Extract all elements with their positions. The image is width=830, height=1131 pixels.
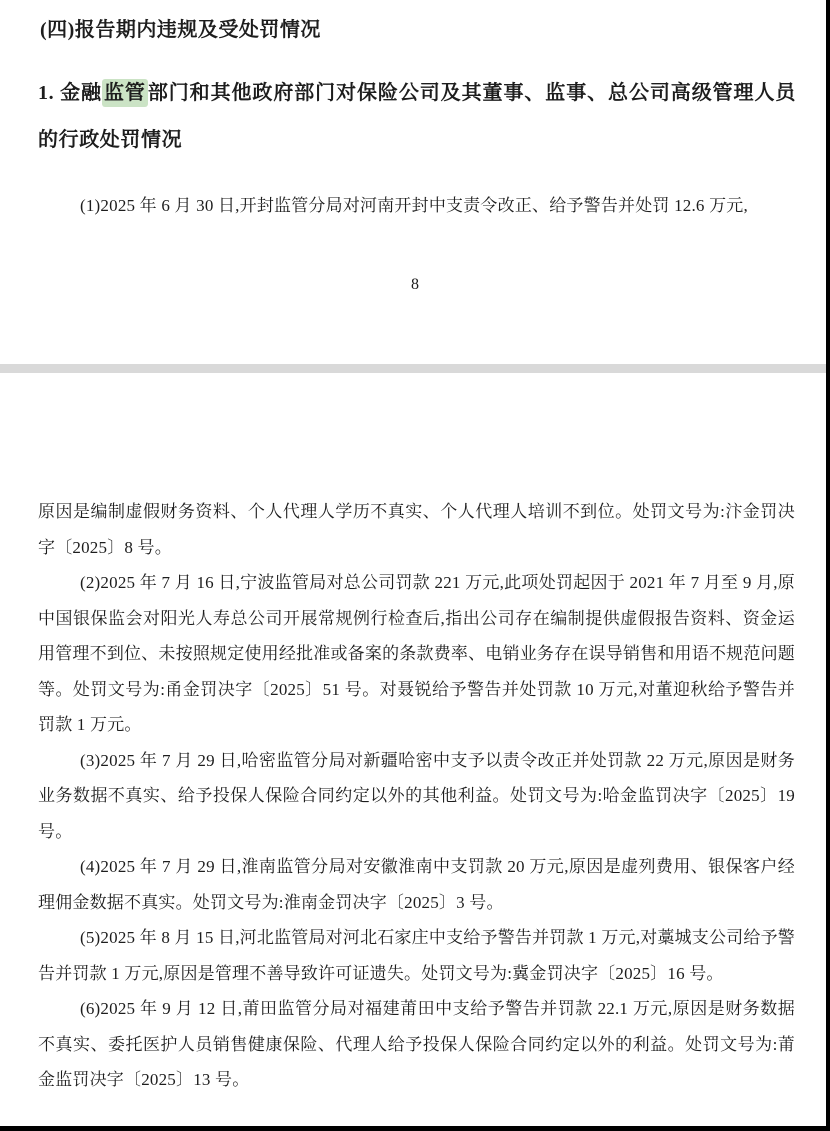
document-page-9: 原因是编制虚假财务资料、个人代理人学历不真实、个人代理人培训不到位。处罚文号为:…: [0, 373, 830, 1127]
window-right-edge: [826, 0, 830, 1131]
body-paragraph: (1)2025 年 6 月 30 日,开封监管分局对河南开封中支责令改正、给予警…: [38, 193, 796, 219]
subsection-heading-pre: 1. 金融: [38, 82, 102, 104]
pdf-viewport: (四)报告期内违规及受处罚情况 1. 金融监管部门和其他政府部门对保险公司及其董…: [0, 0, 830, 1131]
page-divider: [0, 364, 830, 373]
body-paragraph: (3)2025 年 7 月 29 日,哈密监管分局对新疆哈密中支予以责令改正并处…: [38, 743, 795, 850]
window-bottom-edge: [0, 1126, 830, 1131]
document-page-8: (四)报告期内违规及受处罚情况 1. 金融监管部门和其他政府部门对保险公司及其董…: [0, 0, 830, 364]
subsection-heading-post: 部门和其他政府部门对保险公司及其董事、监事、总公司高级管理人员的行政处罚情况: [38, 82, 796, 151]
subsection-heading: 1. 金融监管部门和其他政府部门对保险公司及其董事、监事、总公司高级管理人员的行…: [38, 70, 796, 164]
page-number: 8: [0, 276, 830, 294]
body-paragraph: (2)2025 年 7 月 16 日,宁波监管局对总公司罚款 221 万元,此项…: [38, 565, 795, 743]
body-paragraph: (4)2025 年 7 月 29 日,淮南监管分局对安徽淮南中支罚款 20 万元…: [38, 849, 795, 920]
section-heading: (四)报告期内违规及受处罚情况: [40, 16, 794, 44]
body-paragraph: 原因是编制虚假财务资料、个人代理人学历不真实、个人代理人培训不到位。处罚文号为:…: [38, 494, 795, 565]
body-paragraph: (6)2025 年 9 月 12 日,莆田监管分局对福建莆田中支给予警告并罚款 …: [38, 991, 795, 1098]
search-highlight: 监管: [102, 79, 148, 107]
body-paragraph: (5)2025 年 8 月 15 日,河北监管局对河北石家庄中支给予警告并罚款 …: [38, 920, 795, 991]
